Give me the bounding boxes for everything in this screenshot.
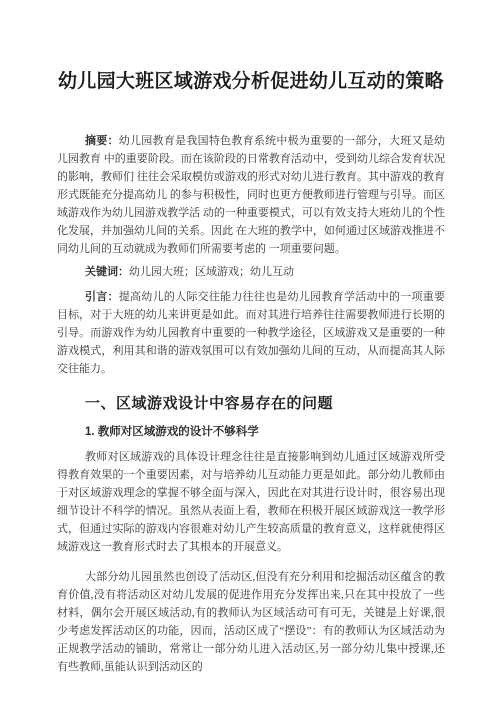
- section-1-heading: 一、区域游戏设计中容易存在的问题: [57, 394, 445, 414]
- introduction-paragraph: 引言：提高幼儿的人际交往能力往往也是幼儿园教育学活动中的一项重要目标，对于大班的…: [57, 288, 445, 378]
- keywords-paragraph: 关键词：幼儿园大班；区域游戏；幼儿互动: [57, 263, 445, 281]
- page-title: 幼儿园大班区域游戏分析促进幼儿互动的策略: [57, 68, 445, 95]
- abstract-text: 幼儿园教育是我国特色教育系统中极为重要的一部分，大班又是幼儿园教育 中的重要阶段…: [57, 135, 445, 255]
- abstract-label: 摘要：: [85, 135, 119, 147]
- page-content: 幼儿园大班区域游戏分析促进幼儿互动的策略 摘要：幼儿园教育是我国特色教育系统中极…: [0, 0, 500, 706]
- document-page: 幼儿园大班区域游戏分析促进幼儿互动的策略 摘要：幼儿园教育是我国特色教育系统中极…: [0, 0, 500, 707]
- introduction-text: 提高幼儿的人际交往能力往往也是幼儿园教育学活动中的一项重要目标，对于大班的幼儿来…: [57, 291, 445, 375]
- abstract-paragraph: 摘要：幼儿园教育是我国特色教育系统中极为重要的一部分，大班又是幼儿园教育 中的重…: [57, 132, 445, 258]
- keywords-label: 关键词：: [85, 266, 129, 278]
- keywords-text: 幼儿园大班；区域游戏；幼儿互动: [129, 266, 294, 278]
- body-paragraph: 大部分幼儿园虽然也创设了活动区,但没有充分利用和挖掘活动区蕴含的教育价值,没有将…: [57, 568, 445, 676]
- body-paragraph: 教师对区域游戏的具体设计理念往往是直接影响到幼儿通过区域游戏所受得教育效果的一个…: [57, 448, 445, 556]
- introduction-label: 引言：: [85, 291, 119, 303]
- section-1-1-subheading: 1. 教师对区域游戏的设计不够科学: [57, 424, 445, 440]
